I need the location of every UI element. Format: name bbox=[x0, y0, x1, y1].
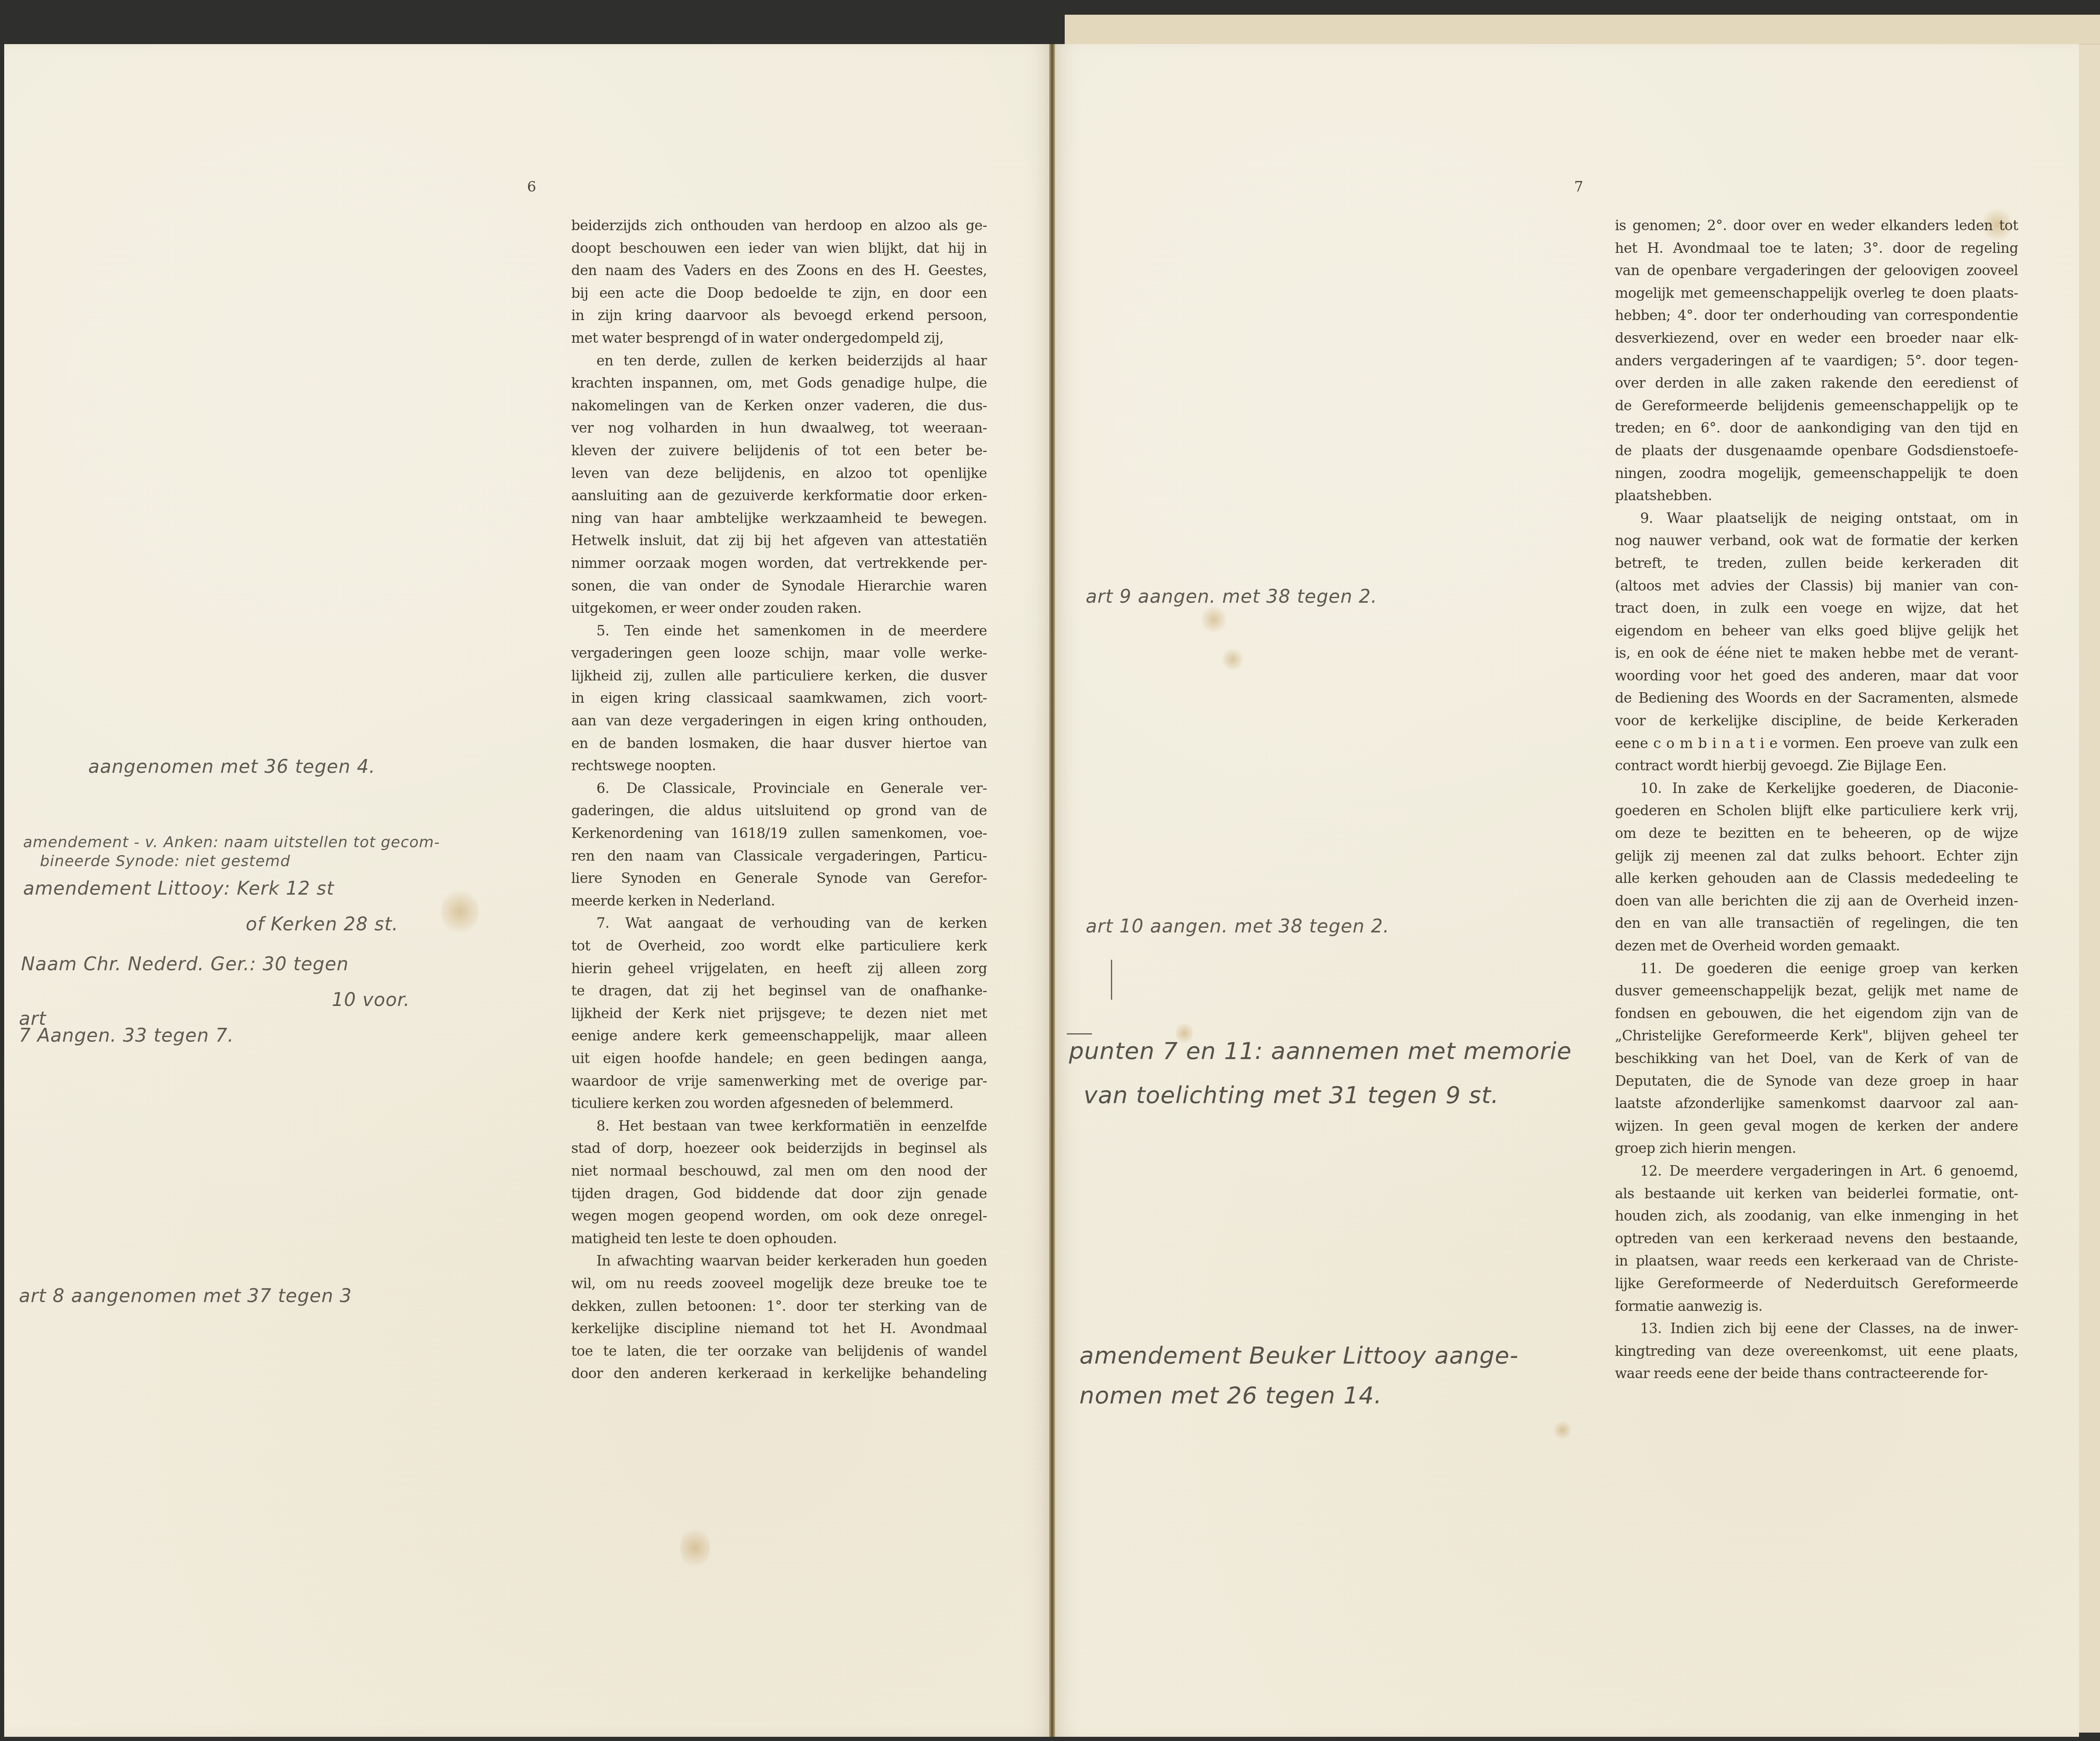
text-line: te dragen, dat zij het beginsel van de o… bbox=[571, 979, 987, 1002]
pencil-mark-vertical bbox=[1111, 960, 1112, 1000]
pencil-mark-horizontal bbox=[1067, 1033, 1092, 1035]
text-line: in zijn kring daarvoor als bevoegd erken… bbox=[571, 304, 987, 327]
text-line: 11. De goederen die eenige groep van ker… bbox=[1615, 957, 2018, 980]
text-line: ver nog volharden in hun dwaalweg, tot w… bbox=[571, 417, 987, 439]
text-line: plaatshebben. bbox=[1615, 484, 2018, 507]
text-line: leven van deze belijdenis, en alzoo tot … bbox=[571, 462, 987, 485]
text-line: sonen, die van onder de Synodale Hierarc… bbox=[571, 575, 987, 597]
handwritten-annotation: bineerde Synode: niet gestemd bbox=[40, 853, 290, 870]
text-line: Hetwelk insluit, dat zij bij het afgeven… bbox=[571, 529, 987, 552]
text-line: kingtreding van deze overeenkomst, uit e… bbox=[1615, 1340, 2018, 1363]
text-line: den en van alle transactiën of regelinge… bbox=[1615, 912, 2018, 935]
text-line: is genomen; 2°. door over en weder elkan… bbox=[1615, 214, 2018, 237]
handwritten-annotation: 10 voor. bbox=[332, 989, 410, 1011]
text-line: dusver gemeenschappelijk bezat, gelijk m… bbox=[1615, 979, 2018, 1002]
text-line: houden zich, als zoodanig, van elke inme… bbox=[1615, 1205, 2018, 1227]
text-line: goederen en Scholen blijft elke particul… bbox=[1615, 799, 2018, 822]
text-line: „Christelijke Gereformeerde Kerk", blijv… bbox=[1615, 1024, 2018, 1047]
text-line: door den anderen kerkeraad in kerkelijke… bbox=[571, 1362, 987, 1385]
text-line: om deze te bezitten en te beheeren, op d… bbox=[1615, 822, 2018, 845]
text-line: tract doen, in zulk een voege en wijze, … bbox=[1615, 597, 2018, 620]
handwritten-annotation: art 9 aangen. met 38 tegen 2. bbox=[1086, 586, 1377, 607]
text-line: dezen met de Overheid worden gemaakt. bbox=[1615, 935, 2018, 957]
text-line: 13. Indien zich bij eene der Classes, na… bbox=[1615, 1317, 2018, 1340]
text-line: matigheid ten leste te doen ophouden. bbox=[571, 1227, 987, 1250]
text-line: over derden in alle zaken rakende den ee… bbox=[1615, 372, 2018, 394]
text-line: alle kerken gehouden aan de Classis mede… bbox=[1615, 867, 2018, 890]
text-line: beschikking van het Doel, van de Kerk of… bbox=[1615, 1047, 2018, 1070]
text-line: doopt beschouwen een ieder van wien blij… bbox=[571, 237, 987, 260]
handwritten-annotation: art 10 aangen. met 38 tegen 2. bbox=[1086, 916, 1389, 937]
text-line: formatie aanwezig is. bbox=[1615, 1295, 2018, 1318]
text-line: desverkiezend, over en weder een broeder… bbox=[1615, 327, 2018, 349]
text-line: bij een acte die Doop bedoelde te zijn, … bbox=[571, 282, 987, 305]
text-line: kerkelijke discipline niemand tot het H.… bbox=[571, 1317, 987, 1340]
text-line: 10. In zake de Kerkelijke goederen, de D… bbox=[1615, 777, 2018, 800]
text-line: optreden van een kerkeraad nevens den be… bbox=[1615, 1227, 2018, 1250]
text-line: is, en ook de ééne niet te maken hebbe m… bbox=[1615, 642, 2018, 664]
handwritten-annotation: amendement Littooy: Kerk 12 st bbox=[23, 878, 334, 899]
text-line: doen van alle berichten die zij aan de O… bbox=[1615, 890, 2018, 912]
text-line: uit eigen hoofde handele; en geen beding… bbox=[571, 1047, 987, 1070]
foxing-stain bbox=[1201, 605, 1226, 634]
text-line: nog nauwer verband, ook wat de formatie … bbox=[1615, 529, 2018, 552]
text-line: ren den naam van Classicale vergaderinge… bbox=[571, 845, 987, 867]
text-line: eigendom en beheer van elks goed blijve … bbox=[1615, 620, 2018, 642]
handwritten-annotation: art 8 aangenomen met 37 tegen 3 bbox=[19, 1285, 352, 1307]
text-line: niet normaal beschouwd, zal men om den n… bbox=[571, 1160, 987, 1182]
text-line: groep zich hierin mengen. bbox=[1615, 1137, 2018, 1160]
text-line: 12. De meerdere vergaderingen in Art. 6 … bbox=[1615, 1160, 2018, 1182]
foxing-stain bbox=[441, 886, 479, 937]
text-line: de Bediening des Woords en der Sacrament… bbox=[1615, 687, 2018, 709]
text-line: betreft, te treden, zullen beide kerkera… bbox=[1615, 552, 2018, 575]
text-line: gelijk zij meenen zal dat zulks behoort.… bbox=[1615, 845, 2018, 867]
right-page-text-column: is genomen; 2°. door over en weder elkan… bbox=[1615, 214, 2018, 1385]
text-line: woording voor het goed des anderen, maar… bbox=[1615, 664, 2018, 687]
text-line: In afwachting waarvan beider kerkeraden … bbox=[571, 1250, 987, 1272]
handwritten-annotation: van toelichting met 31 tegen 9 st. bbox=[1084, 1082, 1499, 1109]
text-line: 5. Ten einde het samenkomen in de meerde… bbox=[571, 620, 987, 642]
handwritten-annotation: 7 Aangen. 33 tegen 7. bbox=[19, 1025, 234, 1046]
text-line: hebben; 4°. door ter onderhouding van co… bbox=[1615, 304, 2018, 327]
text-line: vergaderingen geen looze schijn, maar vo… bbox=[571, 642, 987, 664]
handwritten-annotation: nomen met 26 tegen 14. bbox=[1079, 1382, 1382, 1409]
text-line: tijden dragen, God biddende dat door zij… bbox=[571, 1182, 987, 1205]
text-line: van de openbare vergaderingen der geloov… bbox=[1615, 259, 2018, 282]
handwritten-annotation: punten 7 en 11: aannemen met memorie bbox=[1069, 1037, 1572, 1065]
text-line: lijkheid zij, zullen alle particuliere k… bbox=[571, 664, 987, 687]
text-line: meerde kerken in Nederland. bbox=[571, 890, 987, 912]
page-number-left: 6 bbox=[527, 179, 536, 195]
text-line: en ten derde, zullen de kerken beiderzij… bbox=[571, 349, 987, 372]
book-spine-gutter bbox=[1049, 44, 1055, 1737]
foxing-stain bbox=[680, 1525, 710, 1571]
text-line: 8. Het bestaan van twee kerkformatiën in… bbox=[571, 1115, 987, 1137]
text-line: stad of dorp, hoezeer ook beiderzijds in… bbox=[571, 1137, 987, 1160]
text-line: uitgekomen, er weer onder zouden raken. bbox=[571, 597, 987, 620]
text-line: ning van haar ambtelijke werkzaamheid te… bbox=[571, 507, 987, 530]
text-line: in plaatsen, waar reeds een kerkeraad va… bbox=[1615, 1250, 2018, 1272]
text-line: waardoor de vrije samenwerking met de ov… bbox=[571, 1070, 987, 1092]
text-line: eene c o m b i n a t i e vormen. Een pro… bbox=[1615, 732, 2018, 755]
text-line: laatste afzonderlijke samenkomst daarvoo… bbox=[1615, 1092, 2018, 1115]
text-line: toe te laten, die ter oorzake van belijd… bbox=[571, 1340, 987, 1363]
handwritten-annotation: amendement - v. Anken: naam uitstellen t… bbox=[23, 834, 440, 851]
text-line: de Gereformeerde belijdenis gemeenschapp… bbox=[1615, 394, 2018, 417]
text-line: als bestaande uit kerken van beiderlei f… bbox=[1615, 1182, 2018, 1205]
text-line: in eigen kring classicaal saamkwamen, zi… bbox=[571, 687, 987, 709]
underlying-leaf-edge bbox=[1065, 15, 2100, 45]
text-line: eenige andere kerk gemeenschappelijk, ma… bbox=[571, 1024, 987, 1047]
foxing-stain bbox=[1222, 647, 1243, 672]
text-line: lijke Gereformeerde of Nederduitsch Gere… bbox=[1615, 1272, 2018, 1295]
text-line: krachten inspannen, om, met Gods genadig… bbox=[571, 372, 987, 394]
text-line: ticuliere kerken zou worden afgesneden o… bbox=[571, 1092, 987, 1115]
handwritten-annotation: amendement Beuker Littooy aange- bbox=[1079, 1342, 1519, 1369]
text-line: dekken, zullen betoonen: 1°. door ter st… bbox=[571, 1295, 987, 1318]
text-line: en de banden losmaken, die haar dusver h… bbox=[571, 732, 987, 755]
handwritten-annotation: Naam Chr. Nederd. Ger.: 30 tegen bbox=[21, 953, 349, 975]
text-line: anders vergaderingen af te vaardigen; 5°… bbox=[1615, 349, 2018, 372]
page-number-right: 7 bbox=[1574, 179, 1583, 195]
text-line: treden; en 6°. door de aankondiging van … bbox=[1615, 417, 2018, 439]
text-line: 7. Wat aangaat de verhouding van de kerk… bbox=[571, 912, 987, 935]
text-line: tot de Overheid, zoo wordt elke particul… bbox=[571, 935, 987, 957]
text-line: 6. De Classicale, Provinciale en General… bbox=[571, 777, 987, 800]
text-line: liere Synoden en Generale Synode van Ger… bbox=[571, 867, 987, 890]
text-line: wegen mogen geopend worden, om ook deze … bbox=[571, 1205, 987, 1227]
text-line: (altoos met advies der Classis) bij mani… bbox=[1615, 575, 2018, 597]
text-line: Kerkenordening van 1618/19 zullen samenk… bbox=[571, 822, 987, 845]
text-line: lijkheid der Kerk niet prijsgeve; te dez… bbox=[571, 1002, 987, 1025]
text-line: met water besprengd of in water onderged… bbox=[571, 327, 987, 349]
text-line: aansluiting aan de gezuiverde kerkformat… bbox=[571, 484, 987, 507]
handwritten-annotation: aangenomen met 36 tegen 4. bbox=[88, 756, 375, 777]
text-line: de plaats der dusgenaamde openbare Godsd… bbox=[1615, 439, 2018, 462]
text-line: 9. Waar plaatselijk de neiging ontstaat,… bbox=[1615, 507, 2018, 530]
text-line: kleven der zuivere belijdenis of tot een… bbox=[571, 439, 987, 462]
foxing-stain bbox=[1554, 1420, 1571, 1441]
text-line: nimmer oorzaak mogen worden, dat vertrek… bbox=[571, 552, 987, 575]
text-line: fondsen en gebouwen, die het eigendom zi… bbox=[1615, 1002, 2018, 1025]
text-line: wil, om nu reeds zooveel mogelijk deze b… bbox=[571, 1272, 987, 1295]
text-line: den naam des Vaders en des Zoons en des … bbox=[571, 259, 987, 282]
text-line: rechtswege noopten. bbox=[571, 754, 987, 777]
text-line: ningen, zoodra mogelijk, gemeenschappeli… bbox=[1615, 462, 2018, 485]
text-line: nakomelingen van de Kerken onzer vaderen… bbox=[571, 394, 987, 417]
text-line: beiderzijds zich onthouden van herdoop e… bbox=[571, 214, 987, 237]
text-line: het H. Avondmaal toe te laten; 3°. door … bbox=[1615, 237, 2018, 260]
text-line: contract wordt hierbij gevoegd. Zie Bijl… bbox=[1615, 754, 2018, 777]
text-line: aan van deze vergaderingen in eigen krin… bbox=[571, 709, 987, 732]
handwritten-annotation: of Kerken 28 st. bbox=[246, 914, 398, 935]
text-line: mogelijk met gemeenschappelijk overleg t… bbox=[1615, 282, 2018, 305]
text-line: voor de kerkelijke discipline, de beide … bbox=[1615, 709, 2018, 732]
text-line: waar reeds eene der beide thans contract… bbox=[1615, 1362, 2018, 1385]
text-line: Deputaten, die de Synode van deze groep … bbox=[1615, 1070, 2018, 1092]
text-line: gaderingen, die aldus uitsluitend op gro… bbox=[571, 799, 987, 822]
text-line: wijzen. In geen geval mogen de kerken de… bbox=[1615, 1115, 2018, 1137]
left-page-text-column: beiderzijds zich onthouden van herdoop e… bbox=[571, 214, 987, 1385]
text-line: hierin geheel vrijgelaten, en heeft zij … bbox=[571, 957, 987, 980]
